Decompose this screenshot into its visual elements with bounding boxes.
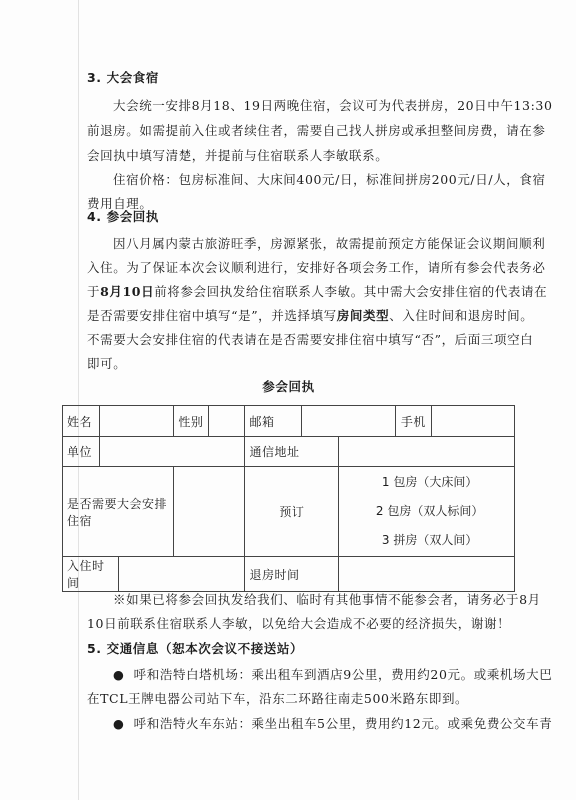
room-option[interactable]: 3 拼房（双人间） bbox=[343, 526, 510, 555]
name-field[interactable] bbox=[100, 406, 174, 437]
room-type-options: 1 包房（大床间） 2 包房（双人标间） 3 拼房（双人间） bbox=[339, 467, 515, 557]
deadline-text: 前将参会回执发给住宿联系人李敏。其中需大会安排住宿的代表请在 bbox=[154, 284, 547, 299]
section-4-text: 因八月属内蒙古旅游旺季，房源紧张，故需提前预定方能保证会议期间顺利 bbox=[113, 234, 545, 254]
section-4-deadline-line: 于8月10日前将参会回执发给住宿联系人李敏。其中需大会安排住宿的代表请在 bbox=[87, 282, 547, 302]
email-label: 邮箱 bbox=[245, 406, 302, 437]
transport-item-train: ● 呼和浩特火车东站：乘坐出租车5公里，费用约12元。或乘免费公交车青 bbox=[113, 714, 552, 734]
name-label: 姓名 bbox=[63, 406, 100, 437]
email-field[interactable] bbox=[302, 406, 396, 437]
section-4-instruction-line: 是否需要安排住宿中填写“是”，并选择填写房间类型、入住时间和退房时间。 bbox=[87, 306, 533, 326]
section-3-text: 前退房。如需提前入住或者续住者，需要自己找人拼房或承担整间房费，请在参 bbox=[87, 121, 546, 141]
instruction-text: 是否需要安排住宿中填写“是”，并选择填写 bbox=[87, 308, 337, 323]
checkout-label: 退房时间 bbox=[245, 557, 339, 592]
airport-text: 呼和浩特白塔机场：乘出租车到酒店9公里，费用约20元。或乘机场大巴 bbox=[134, 667, 553, 682]
transport-item-airport: ● 呼和浩特白塔机场：乘出租车到酒店9公里，费用约20元。或乘机场大巴 bbox=[113, 665, 552, 685]
train-text: 呼和浩特火车东站：乘坐出租车5公里，费用约12元。或乘免费公交车青 bbox=[134, 716, 553, 731]
notice-text: 10日前联系住宿联系人李敏，以免给大会造成不必要的经济损失，谢谢！ bbox=[87, 614, 510, 634]
section-3-price-text: 住宿价格：包房标准间、大床间400元/日，标准间拼房200元/日/人，食宿 bbox=[113, 170, 546, 190]
section-3-text: 大会统一安排8月18、19日两晚住宿，会议可为代表拼房，20日中午13:30 bbox=[113, 96, 553, 116]
section-5-heading: 5. 交通信息（恕本次会议不接送站） bbox=[87, 639, 303, 659]
bullet-icon: ● bbox=[113, 667, 134, 682]
section-4-text: 入住。为了保证本次会议顺利进行，安排好各项会务工作，请所有参会代表务必 bbox=[87, 258, 546, 278]
phone-field[interactable] bbox=[431, 406, 514, 437]
bullet-icon: ● bbox=[113, 716, 134, 731]
airport-text-cont: 在TCL王牌电器公司站下车，沿东二环路往南走500米路东即到。 bbox=[87, 689, 468, 709]
room-option[interactable]: 1 包房（大床间） bbox=[343, 468, 510, 497]
organization-field[interactable] bbox=[100, 437, 245, 467]
section-4-text: 不需要大会安排住宿的代表请在是否需要安排住宿中填写“否”，后面三项空白 bbox=[87, 330, 533, 350]
notice-text: ※如果已将参会回执发给我们、临时有其他事情不能参会者，请务必于8月 bbox=[113, 590, 541, 610]
address-field[interactable] bbox=[339, 437, 515, 467]
room-type-emphasis: 房间类型 bbox=[337, 308, 389, 323]
gender-label: 性别 bbox=[174, 406, 208, 437]
address-label: 通信地址 bbox=[245, 437, 339, 467]
form-title: 参会回执 bbox=[62, 377, 515, 397]
section-3-heading: 3. 大会食宿 bbox=[87, 68, 159, 88]
instruction-text-end: 、入住时间和退房时间。 bbox=[389, 308, 533, 323]
organization-label: 单位 bbox=[63, 437, 100, 467]
gender-field[interactable] bbox=[208, 406, 245, 437]
deadline-date: 8月10日 bbox=[100, 284, 154, 299]
room-option[interactable]: 2 包房（双人标间） bbox=[343, 497, 510, 526]
section-4-text: 即可。 bbox=[87, 354, 126, 374]
checkin-field[interactable] bbox=[119, 557, 245, 592]
need-lodging-field[interactable] bbox=[174, 467, 245, 557]
registration-form-table: 姓名 性别 邮箱 手机 单位 通信地址 是否需要大会安排住宿 预订 1 包房（大… bbox=[62, 405, 515, 592]
phone-label: 手机 bbox=[396, 406, 431, 437]
page-edge-line bbox=[78, 0, 79, 800]
deadline-prefix: 于 bbox=[87, 284, 100, 299]
section-4-heading: 4. 参会回执 bbox=[87, 207, 159, 227]
checkin-label: 入住时间 bbox=[63, 557, 119, 592]
section-3-text: 会回执中填写清楚，并提前与住宿联系人李敏联系。 bbox=[87, 146, 388, 166]
checkout-field[interactable] bbox=[339, 557, 515, 592]
booking-label: 预订 bbox=[245, 467, 339, 557]
need-lodging-label: 是否需要大会安排住宿 bbox=[63, 467, 174, 557]
